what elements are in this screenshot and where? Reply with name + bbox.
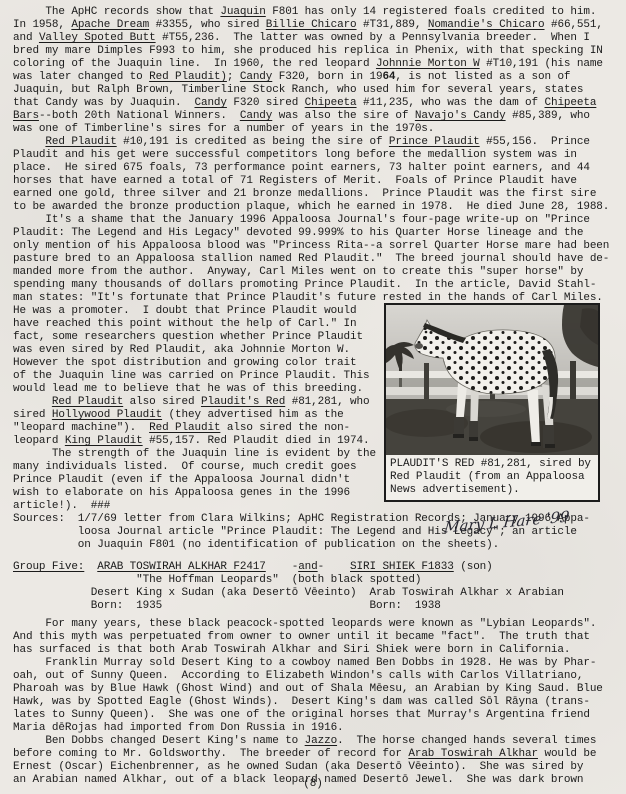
text-line: Plaudit and his get were successful comp…	[13, 149, 622, 162]
text-line: Ben Dobbs changed Desert King's name to …	[13, 735, 622, 748]
horse-muzzle	[415, 343, 423, 349]
text-line: Born: 1935 Born: 1938	[13, 600, 622, 613]
plaudits-red-photo-figure: PLAUDIT'S RED #81,281, sired by Red Plau…	[384, 303, 600, 502]
appaloosa-horse-photo	[386, 305, 598, 455]
photo-caption-line: Red Plaudit (from an Appaloosa	[390, 471, 595, 484]
text-line: "The Hoffman Leopards" (both black spott…	[13, 574, 622, 587]
group-five-body: For many years, these black peacock-spot…	[13, 618, 622, 787]
group-five-heading: Group Five: ARAB TOSWIRAH ALKHAR F2417 -…	[13, 561, 622, 613]
text-line: coloring of the Juaquin line. In 1960, t…	[13, 58, 622, 71]
text-line: Juaquin, but Ralph Brown, Timberline Sto…	[13, 84, 622, 97]
text-line: was one of Timberline's sires for a numb…	[13, 123, 622, 136]
text-line: and Valley Spoted Butt #T55,236. The lat…	[13, 32, 622, 45]
text-line: oah, out of Sunny Queen. According to El…	[13, 670, 622, 683]
text-line: Pharoah was by Blue Hawk (Ghost Wind) an…	[13, 683, 622, 696]
text-line: horses that have earned a total of 71 Re…	[13, 175, 622, 188]
page-number: (8)	[0, 778, 626, 791]
text-line: place. He sired 675 foals, 73 performanc…	[13, 162, 622, 175]
text-line: For many years, these black peacock-spot…	[13, 618, 622, 631]
text-line: spending many thousands of dollars promo…	[13, 279, 622, 292]
text-line: Red Plaudit #10,191 is credited as being…	[13, 136, 622, 149]
text-line: And this myth was perpetuated from owner…	[13, 631, 622, 644]
text-line: pasture bred to an Appaloosa stallion na…	[13, 253, 622, 266]
text-line: Hawk, was by Spotted Eagle (Ghost Winds)…	[13, 696, 622, 709]
text-line: Maria dēRojas had imported from Don Russ…	[13, 722, 622, 735]
text-line: only mention of his Appaloosa blood was …	[13, 240, 622, 253]
text-line: In 1958, Apache Dream #3355, who sired B…	[13, 19, 622, 32]
text-line: Franklin Murray sold Desert King to a co…	[13, 657, 622, 670]
main-text-upper: The ApHC records show that Juaquin F801 …	[13, 6, 622, 305]
text-line: before coming to Mr. Goldsworthy. The br…	[13, 748, 622, 761]
text-line: The ApHC records show that Juaquin F801 …	[13, 6, 622, 19]
text-line: lates to Sunny Queen). She was one of th…	[13, 709, 622, 722]
text-line: on Juaquin F801 (no identification of pu…	[13, 539, 622, 552]
text-line: bred my mare Dimples F993 to him, she pr…	[13, 45, 622, 58]
text-line: to be awarded the bronze production plaq…	[13, 201, 622, 214]
text-line: has surfaced is that both Arab Toswirah …	[13, 644, 622, 657]
text-line: Bars--both 20th National Winners. Candy …	[13, 110, 622, 123]
text-line: Group Five: ARAB TOSWIRAH ALKHAR F2417 -…	[13, 561, 622, 574]
photo-caption-line: PLAUDIT'S RED #81,281, sired by	[390, 458, 595, 471]
text-line: earned one gold, three silver and 21 bro…	[13, 188, 622, 201]
text-line: It's a shame that the January 1996 Appal…	[13, 214, 622, 227]
ground	[386, 399, 598, 455]
photo-caption: PLAUDIT'S RED #81,281, sired by Red Plau…	[386, 455, 598, 500]
text-line: that Candy was by Juaquin. Candy F320 si…	[13, 97, 622, 110]
scanned-document-page: The ApHC records show that Juaquin F801 …	[0, 0, 626, 794]
text-line: manded more from the author. Anyway, Car…	[13, 266, 622, 279]
text-line: was later changed to Red Plaudit); Candy…	[13, 71, 622, 84]
text-line: Plaudit: The Legend and His Legacy" devo…	[13, 227, 622, 240]
photo-caption-line: News advertisement).	[390, 484, 595, 497]
horse-eye	[425, 331, 428, 334]
text-line: Desert King x Sudan (aka Desertō Vēeinto…	[13, 587, 622, 600]
text-line: Ernest (Oscar) Eichenbrenner, as he owne…	[13, 761, 622, 774]
